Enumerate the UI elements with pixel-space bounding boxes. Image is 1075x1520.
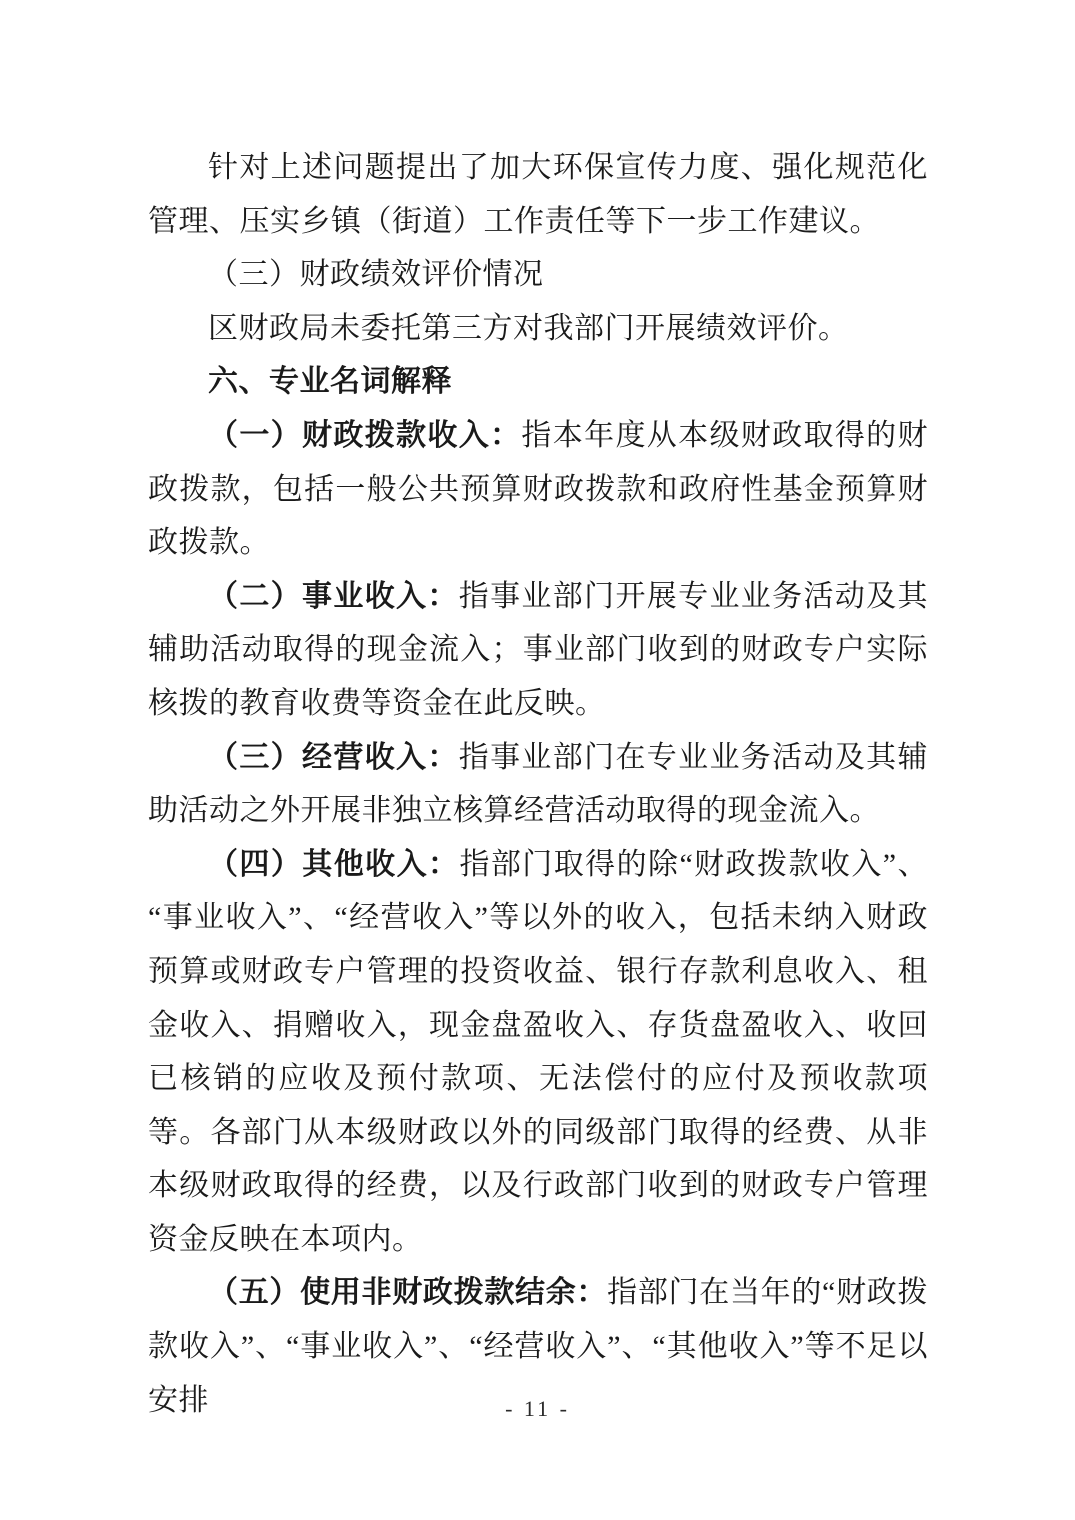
- heading-performance-evaluation: （三）财政绩效评价情况: [148, 248, 928, 302]
- page-number: - 11 -: [0, 1396, 1075, 1422]
- term-operating-income-public: （二）事业收入：指事业部门开展专业业务活动及其辅助活动取得的现金流入；事业部门收…: [148, 570, 928, 731]
- term-fiscal-appropriation-income: （一）财政拨款收入：指本年度从本级财政取得的财政拨款，包括一般公共预算财政拨款和…: [148, 409, 928, 570]
- term-lead: （二）事业收入：: [208, 580, 459, 613]
- term-lead: （四）其他收入：: [208, 848, 459, 881]
- paragraph-performance-evaluation: 区财政局未委托第三方对我部门开展绩效评价。: [148, 302, 928, 356]
- heading-glossary: 六、专业名词解释: [148, 355, 928, 409]
- term-lead: （三）经营收入：: [208, 741, 459, 774]
- term-other-income: （四）其他收入：指部门取得的除“财政拨款收入”、“事业收入”、“经营收入”等以外…: [148, 838, 928, 1267]
- paragraph-next-steps: 针对上述问题提出了加大环保宣传力度、强化规范化管理、压实乡镇（街道）工作责任等下…: [148, 141, 928, 248]
- term-business-income: （三）经营收入：指事业部门在专业业务活动及其辅助活动之外开展非独立核算经营活动取…: [148, 731, 928, 838]
- document-page: 针对上述问题提出了加大环保宣传力度、强化规范化管理、压实乡镇（街道）工作责任等下…: [0, 0, 1075, 1520]
- term-text: 指部门取得的除“财政拨款收入”、“事业收入”、“经营收入”等以外的收入，包括未纳…: [148, 848, 928, 1256]
- term-lead: （一）财政拨款收入：: [208, 419, 521, 452]
- term-lead: （五）使用非财政拨款结余：: [208, 1276, 607, 1309]
- document-body: 针对上述问题提出了加大环保宣传力度、强化规范化管理、压实乡镇（街道）工作责任等下…: [148, 141, 928, 1427]
